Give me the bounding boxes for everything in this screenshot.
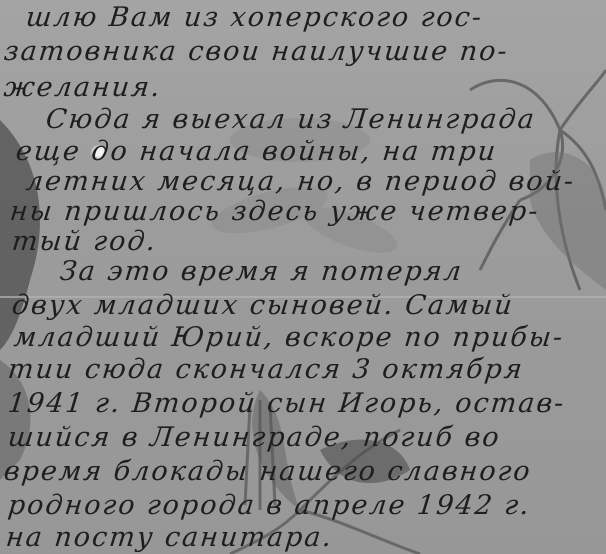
text-line: Сюда я выехал из Ленинграда [44,104,537,135]
letter-page: шлю Вам из хоперского гос- затовника сво… [0,0,606,554]
text-line: шлю Вам из хоперского гос- [24,2,484,33]
text-line: родного города в апреле 1942 г. [6,490,532,521]
letter-text: шлю Вам из хоперского гос- затовника сво… [0,0,606,554]
text-line: желания. [2,72,163,103]
text-line: За это время я потерял [58,256,464,287]
text-line: на посту санитара. [4,522,334,553]
text-line: двух младших сыновей. Самый [10,290,515,321]
text-line: затовника свои наилучшие по- [2,36,510,67]
text-line: 1941 г. Второй сын Игорь, остав- [6,388,567,419]
text-line: летних месяца, но, в период вой- [24,166,576,197]
text-line: шийся в Ленинграде, погиб во [6,422,502,453]
text-line: тый год. [10,226,158,257]
text-line: время блокады нашего славного [2,456,533,487]
text-line: младший Юрий, вскоре по прибы- [12,322,565,353]
text-line: ны пришлось здесь уже четвер- [8,196,541,227]
text-line: еще до начала войны, на три [14,136,498,167]
text-line: тии сюда скончался 3 октября [6,354,525,385]
